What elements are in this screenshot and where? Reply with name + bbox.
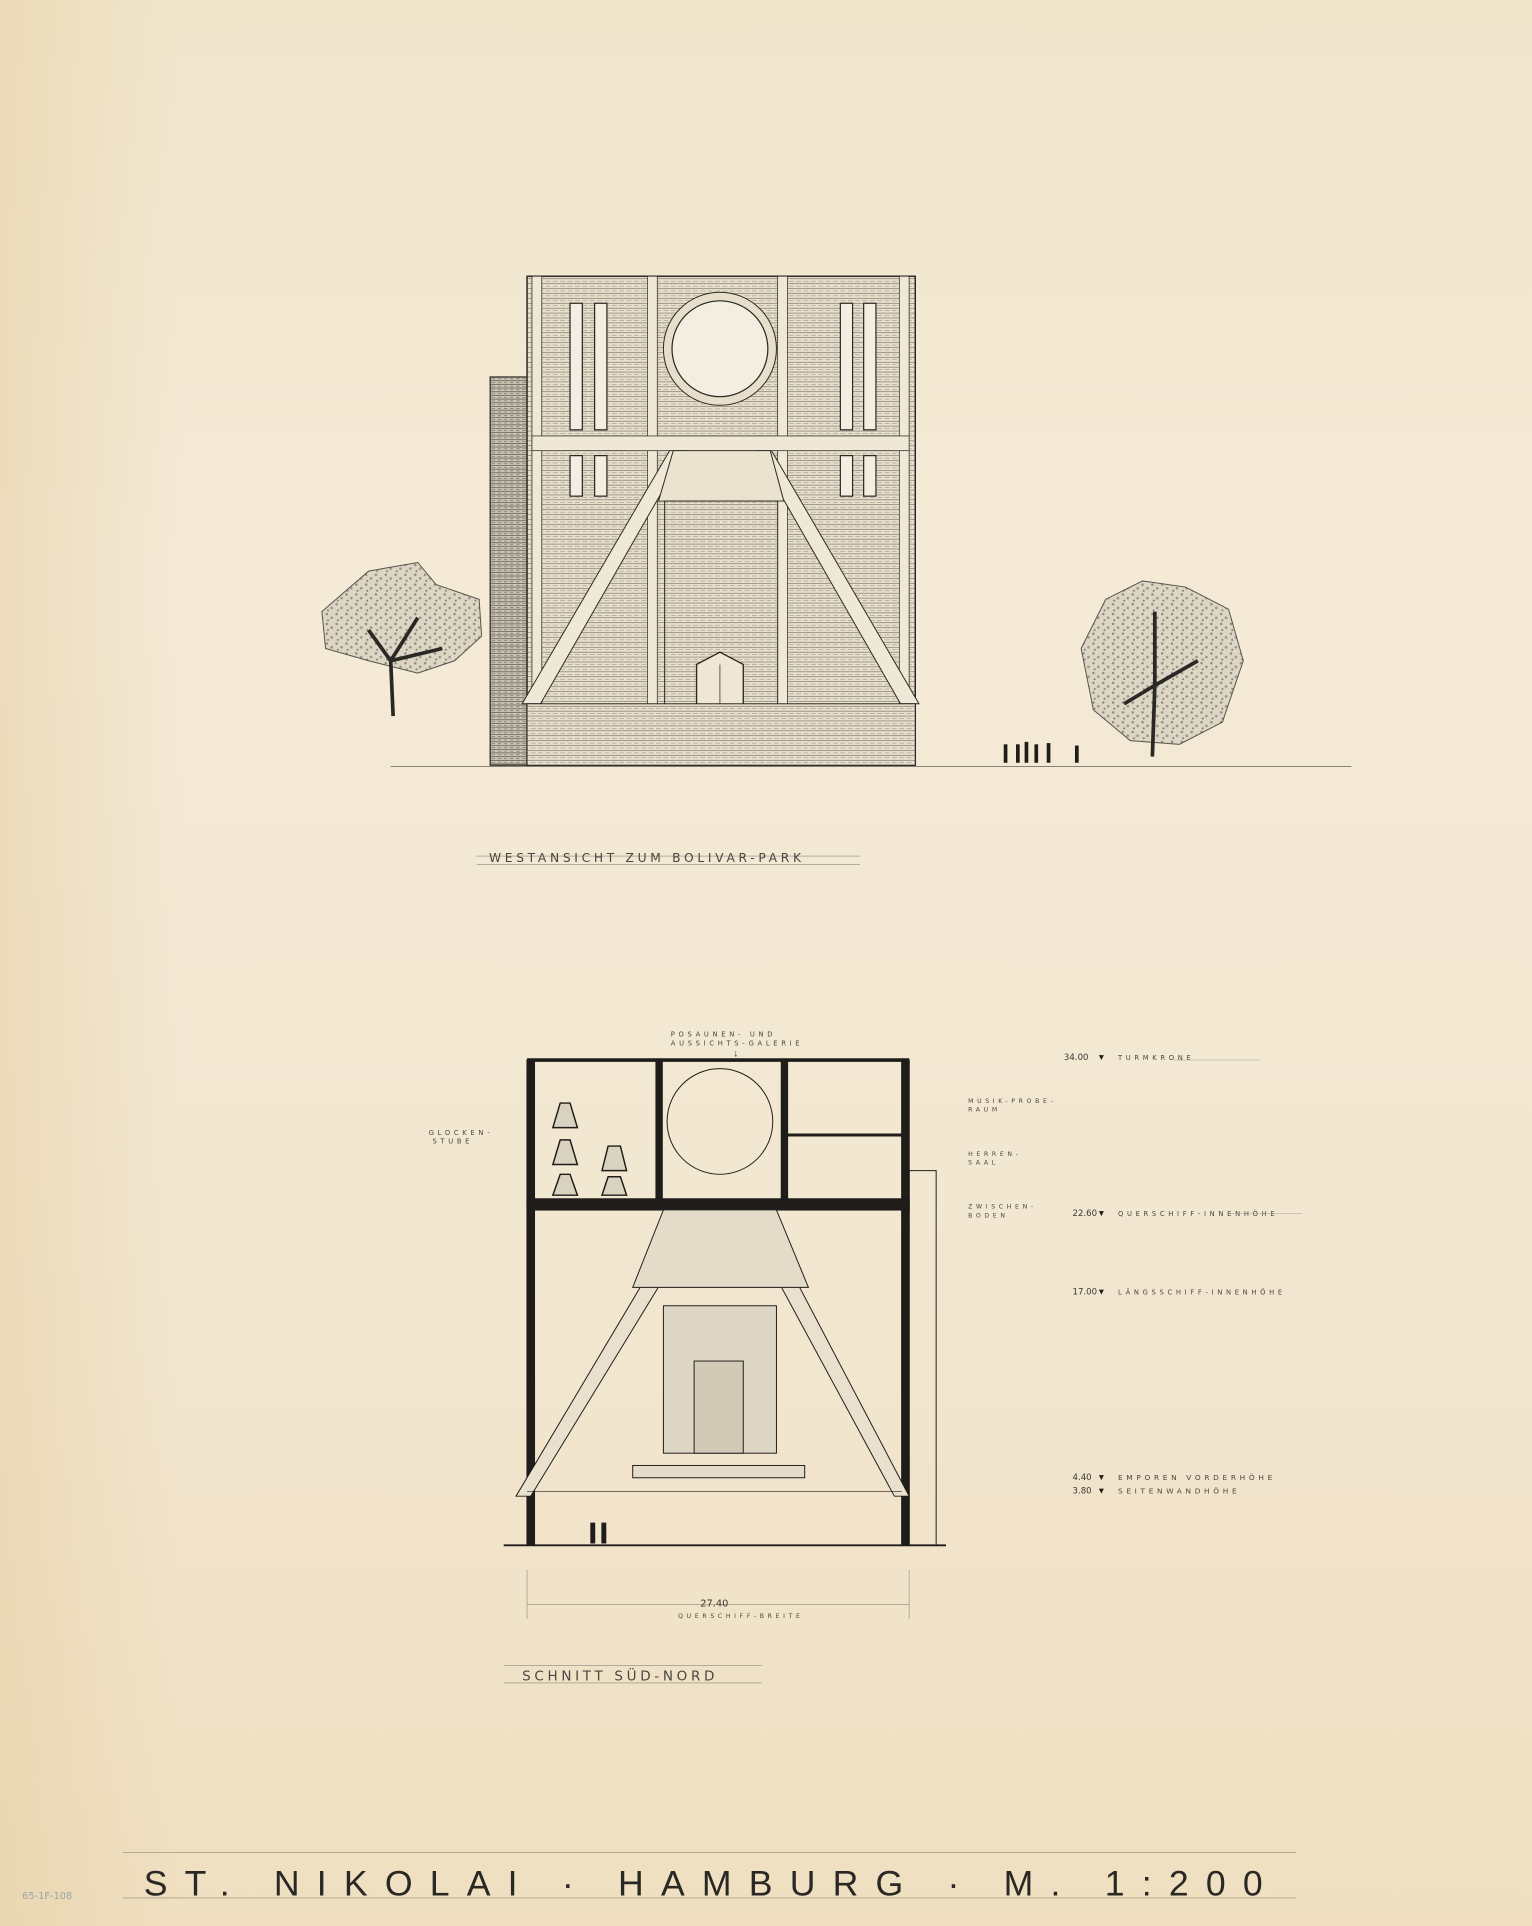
svg-text:SEITENWANDHÖHE: SEITENWANDHÖHE xyxy=(1118,1487,1240,1496)
music-room-label-1: MUSIK-PROBE- xyxy=(968,1098,1056,1105)
svg-text:3.80: 3.80 xyxy=(1073,1487,1092,1497)
svg-text:4.40: 4.40 xyxy=(1073,1473,1092,1483)
elevation-caption: WESTANSICHT ZUM BOLIVAR-PARK xyxy=(489,851,805,865)
svg-text:17.00: 17.00 xyxy=(1073,1288,1098,1298)
bells-label-2: STUBE xyxy=(432,1138,473,1146)
bells-label-1: GLOCKEN- xyxy=(429,1129,493,1137)
drawing-sheet: WESTANSICHT ZUM BOLIVAR-PARK xyxy=(0,0,1532,1926)
width-dimension-value: 27.40 xyxy=(700,1599,728,1610)
zwischenboden-label-1: ZWISCHEN- xyxy=(968,1204,1037,1211)
gallery-label-1: POSAUNEN- UND xyxy=(671,1031,776,1039)
level-marker: 3.80 ▼ SEITENWANDHÖHE xyxy=(1073,1486,1241,1497)
level-marker: 22.60 ▼ QUERSCHIFF-INNENHÖHE xyxy=(1073,1208,1303,1219)
svg-text:TURMKRONE: TURMKRONE xyxy=(1117,1054,1195,1062)
svg-text:34.00: 34.00 xyxy=(1064,1053,1089,1063)
level-triangle-icon: ▼ xyxy=(1097,1472,1106,1482)
sheet-title: ST. NIKOLAI · HAMBURG · M. 1:200 xyxy=(144,1863,1280,1903)
tree-right-illustration xyxy=(1081,581,1243,757)
svg-text:LÄNGSSCHIFF-INNENHÖHE: LÄNGSSCHIFF-INNENHÖHE xyxy=(1118,1288,1286,1297)
human-figures xyxy=(1004,742,1079,763)
herren-saal-label-2: SAAL xyxy=(968,1159,999,1166)
level-marker: 4.40 ▼ EMPOREN VORDERHÖHE xyxy=(1073,1472,1276,1483)
archive-mark: 65-1F-108 xyxy=(22,1891,72,1902)
svg-text:EMPOREN VORDERHÖHE: EMPOREN VORDERHÖHE xyxy=(1118,1473,1276,1482)
arrow-down-icon: ↓ xyxy=(733,1048,738,1059)
gallery-label-2: AUSSICHTS-GALERIE xyxy=(671,1039,803,1047)
width-dimension-label: QUERSCHIFF-BREITE xyxy=(678,1613,803,1620)
svg-text:22.60: 22.60 xyxy=(1073,1209,1098,1219)
tree-left-illustration xyxy=(322,562,482,716)
herren-saal-label-1: HERREN- xyxy=(968,1151,1021,1158)
level-triangle-icon: ▼ xyxy=(1097,1208,1106,1218)
section-caption: SCHNITT SÜD-NORD xyxy=(522,1666,718,1684)
level-marker: 17.00 ▼ LÄNGSSCHIFF-INNENHÖHE xyxy=(1073,1287,1286,1298)
south-north-section-drawing xyxy=(504,1060,946,1545)
level-marker: 34.00 ▼ TURMKRONE xyxy=(1064,1052,1259,1063)
level-triangle-icon: ▼ xyxy=(1097,1052,1106,1062)
zwischenboden-label-2: BODEN xyxy=(968,1212,1009,1219)
music-room-label-2: RAUM xyxy=(968,1107,1001,1114)
level-triangle-icon: ▼ xyxy=(1097,1486,1106,1496)
level-triangle-icon: ▼ xyxy=(1097,1287,1106,1297)
